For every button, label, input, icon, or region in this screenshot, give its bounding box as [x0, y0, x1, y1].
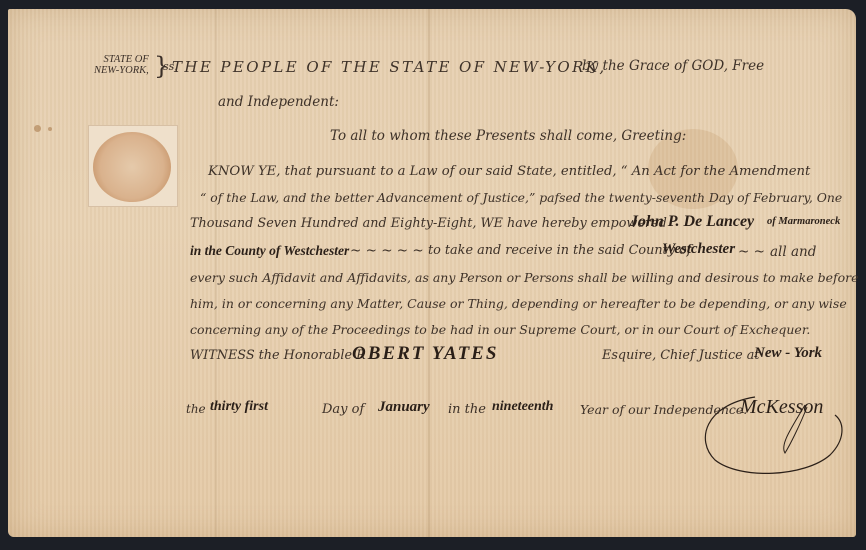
year-ordinal: nineteenth: [492, 399, 553, 415]
line-independent: and Independent:: [218, 94, 339, 110]
body-line-2: “ of the Law, and the better Advancement…: [200, 190, 842, 205]
greeting: To all to whom these Presents shall come…: [330, 128, 686, 144]
seal-paper: [88, 125, 178, 207]
ink-spot: [34, 125, 41, 132]
county-name: Westchester: [662, 241, 735, 258]
body-line-7: concerning any of the Proceedings to be …: [190, 322, 810, 337]
justice-name: OBERT YATES: [352, 343, 498, 365]
appointee-place: of Marmaroneck: [767, 216, 840, 227]
body-line-3: Thousand Seven Hundred and Eighty-Eight,…: [190, 216, 667, 231]
tilde-fill-2: ~ ~: [738, 244, 765, 260]
state-label-line2: NEW-YORK,: [94, 65, 149, 76]
body-line-1: KNOW YE, that pursuant to a Law of our s…: [208, 164, 810, 179]
body-line-6: him, in or concerning any Matter, Cause …: [190, 296, 847, 311]
body-line-9: Esquire, Chief Justice at: [602, 348, 760, 363]
signature-flourish-icon: [695, 385, 855, 480]
body-line-8: WITNESS the Honorable R: [190, 348, 366, 363]
wax-seal-icon: [93, 132, 171, 202]
county-line: in the County of Westchester: [190, 243, 349, 259]
ink-spot: [48, 127, 52, 131]
the-label: the: [186, 402, 206, 416]
day-value: thirty first: [210, 399, 268, 415]
body-line-11: in the: [448, 402, 486, 417]
appointee-name: John P. De Lancey: [630, 213, 754, 231]
state-label-line1: STATE OF: [94, 54, 149, 65]
state-label: STATE OF NEW-YORK,: [94, 54, 149, 76]
body-line-4: to take and receive in the said County o…: [428, 243, 691, 258]
body-line-5: every such Affidavit and Affidavits, as …: [190, 270, 859, 285]
month-value: January: [378, 399, 430, 416]
document-heading: THE PEOPLE OF THE STATE OF NEW-YORK,: [172, 58, 607, 76]
heading-tail: by the Grace of GOD, Free: [582, 58, 764, 74]
tilde-fill-1: ~ ~ ~ ~ ~: [350, 243, 424, 259]
all-and: all and: [770, 244, 816, 260]
body-line-10: Day of: [322, 402, 364, 417]
place-name: New - York: [754, 345, 822, 362]
